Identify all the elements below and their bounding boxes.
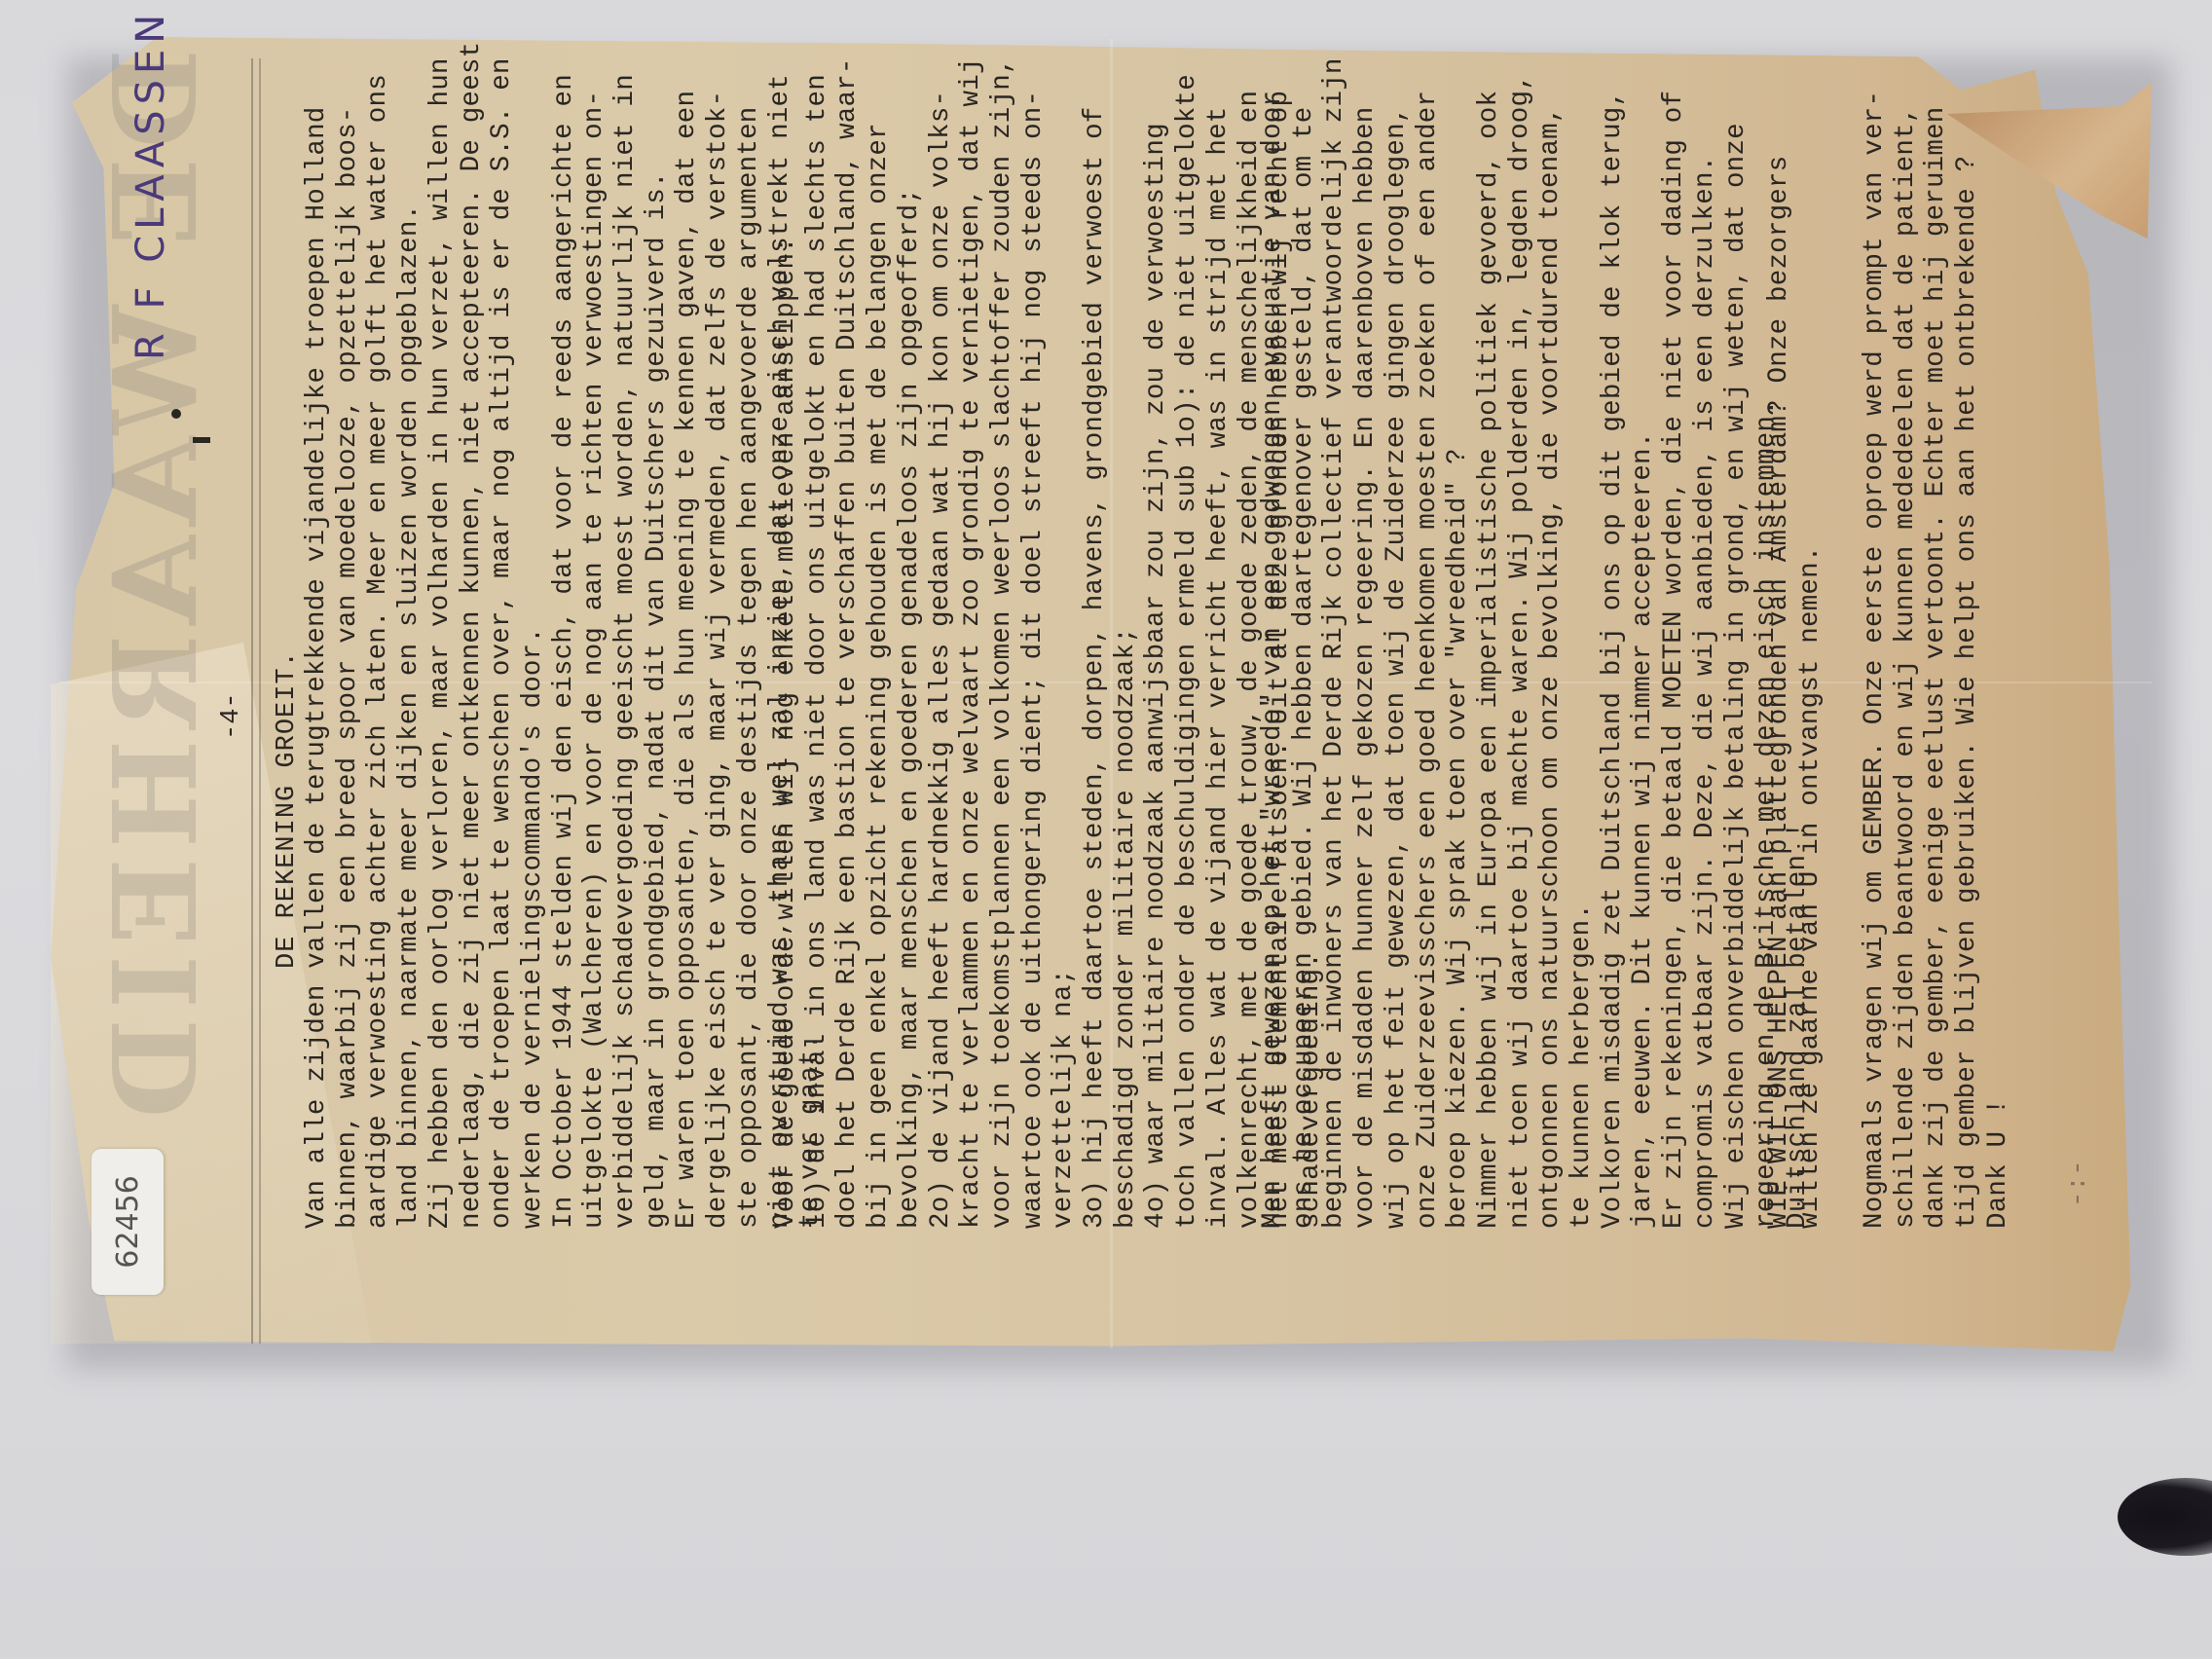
article-title: DE REKENING GROEIT.	[273, 650, 302, 969]
text-line: Zij hebben den oorlog verloren, maar vol…	[425, 42, 457, 1229]
text-line: inval. Alles wat de vijand hier verricht…	[1203, 57, 1235, 1229]
text-line: dank zij de gember, eenige eetlust verto…	[1921, 91, 1952, 1229]
text-line: compromis vatbaar zijn. Deze, die wij aa…	[1690, 57, 1721, 1229]
text-line: onder de troepen laat te wenschen over, …	[487, 42, 518, 1229]
text-line: waartoe ook de uithongering dient; dit d…	[1018, 57, 1050, 1229]
text-line: wij op het feit gewezen, dat toen wij de…	[1382, 57, 1413, 1229]
rotated-page: DE WAARHEID 62456 R F CLAASSEN -4- DE RE…	[58, 49, 2181, 1353]
text-line: Van alle zijden vallen de terugtrekkende…	[302, 42, 333, 1229]
text-line: Dank U !	[1983, 91, 2014, 1229]
text-line: beginnen de inwoners van het Derde Rijk …	[1319, 57, 1350, 1229]
text-line: ste opposant, die door onze destijds teg…	[734, 42, 765, 1229]
text-line: bij in geen enkel opzicht rekening gehou…	[864, 57, 895, 1229]
section-intro: Van alle zijden vallen de terugtrekkende…	[302, 42, 827, 1229]
text-line: verbiddelijk schadevergoeding geeischt m…	[610, 42, 642, 1229]
archive-label: 62456	[92, 1149, 164, 1295]
section-ginger: Nogmaals vragen wij om GEMBER. Onze eers…	[1860, 91, 2014, 1229]
text-line: voor de misdaden hunner zelf gekozen reg…	[1350, 57, 1382, 1229]
header-rule	[251, 58, 261, 1344]
text-line: binnen, waarbij zij een breed spoor van …	[333, 42, 364, 1229]
text-line: Er waren toen opposanten, die als hun me…	[672, 42, 703, 1229]
text-line: 2o) de vijand heeft hardnekkig alles ged…	[926, 57, 957, 1229]
text-line: beroep kiezen. Wij sprak toen over "wree…	[1443, 57, 1474, 1229]
text-line: 1o) de inval in ons land was niet door o…	[802, 57, 833, 1229]
text-line: niet toen wij daartoe bij machte waren. …	[1505, 57, 1536, 1229]
text-line: Nogmaals vragen wij om GEMBER. Onze eers…	[1860, 91, 1891, 1229]
text-line: bevolking, maar menschen en goederen gen…	[895, 57, 926, 1229]
text-line: In October 1944 stelden wij den eisch, d…	[549, 42, 580, 1229]
text-line: toch vallen onder de beschuldigingen erm…	[1172, 57, 1203, 1229]
text-line: ons te occupeeren gebied. Wij hebben daa…	[1289, 57, 1320, 1229]
section-evacuation: Men heeft gewezen op het "wreede" van ee…	[1258, 57, 1814, 1229]
stamp-dot	[171, 409, 181, 419]
stamp-mark	[193, 437, 210, 443]
text-line: onze Zuiderzeevisschers een goed heenkom…	[1413, 57, 1444, 1229]
text-line: dergelijke eisch te ver ging, maar wij v…	[703, 42, 734, 1229]
text-line: Volkoren misdadig zet Duitschland bij on…	[1598, 57, 1629, 1229]
text-line: voor zijn toekomstplannen een volkomen w…	[987, 57, 1018, 1229]
owner-stamp: R F CLAASSEN	[129, 9, 173, 360]
end-mark: -:-	[2064, 1160, 2093, 1207]
text-line: nederlaag, die zij niet meer ontkennen k…	[457, 42, 488, 1229]
text-line: uitgelokte (Walcheren) en voor de nog aa…	[579, 42, 610, 1229]
text-line: Voor de goede orde willen wij nog enkele…	[771, 57, 802, 1229]
text-line: te kunnen herbergen.	[1567, 57, 1598, 1229]
page-number: -4-	[217, 692, 246, 740]
text-line: WIE WIL ONS HELPEN aan plattegronden van…	[1764, 156, 1795, 1229]
text-line: land binnen, naarmate meer dijken en slu…	[394, 42, 425, 1229]
text-line: tijd gember blijven gebruiken. Wie helpt…	[1952, 91, 1983, 1229]
text-line: Men heeft gewezen op het "wreede" van ee…	[1258, 57, 1289, 1229]
text-line: jaren, eeuwen. Dit kunnen wij nimmer acc…	[1628, 57, 1659, 1229]
text-line: Wij eischen onverbiddelijk betaling in g…	[1721, 57, 1752, 1229]
text-line: willen ze gaarne van U in ontvangst neme…	[1795, 156, 1826, 1229]
text-line: 4o) waar militaire noodzaak aanwijsbaar …	[1141, 57, 1172, 1229]
text-line: Nimmer hebben wij in Europa een imperial…	[1474, 57, 1505, 1229]
text-line: 3o) hij heeft daartoe steden, dorpen, ha…	[1080, 57, 1111, 1229]
text-line: Er zijn rekeningen, die betaald MOETEN w…	[1659, 57, 1690, 1229]
text-line: schillende zijden beantwoord en wij kunn…	[1891, 91, 1922, 1229]
text-line: kracht te verlammen en onze welvaart zoo…	[956, 57, 987, 1229]
text-line: doel het Derde Rijk een bastion te versc…	[832, 57, 864, 1229]
text-line: geld, maar in grondgebied, nadat dit van…	[642, 42, 673, 1229]
text-line: ontgonnen ons natuurschoon om onze bevol…	[1535, 57, 1567, 1229]
text-line: beschadigd zonder militaire noodzaak;	[1111, 57, 1142, 1229]
section-motives: Voor de goede orde willen wij nog enkele…	[771, 57, 1327, 1229]
text-line: aardige verwoesting achter zich laten. M…	[363, 42, 394, 1229]
section-appeal: WIE WIL ONS HELPEN aan plattegronden van…	[1764, 156, 1825, 1229]
text-line: verzettelijk na;	[1049, 57, 1080, 1229]
pen-tip	[2118, 1478, 2212, 1556]
text-line: werken de vernielingscommando's door.	[518, 42, 549, 1229]
